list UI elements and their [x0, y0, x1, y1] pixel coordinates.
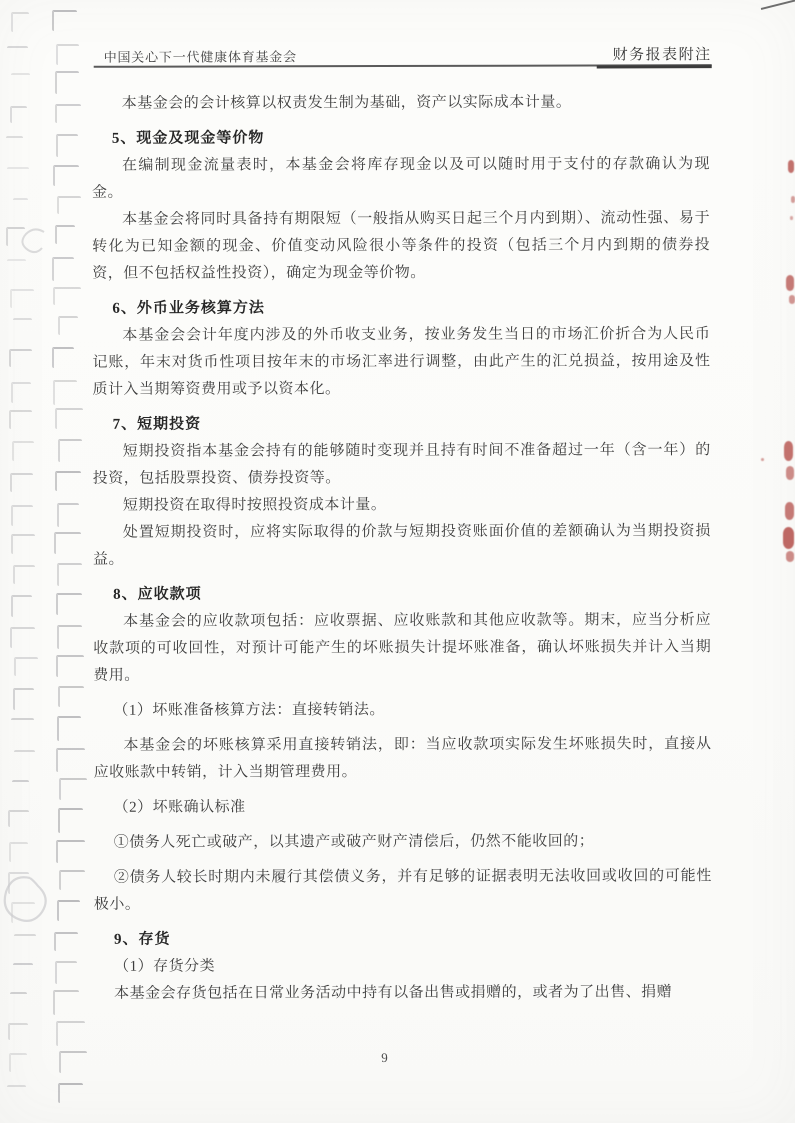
page-number: 9	[381, 1050, 388, 1066]
paragraph: ②债务人较长时期内未履行其偿债义务，并有足够的证据表明无法收回或收回的可能性极小…	[94, 863, 712, 919]
section-heading: 8、应收款项	[93, 580, 711, 609]
paragraph: ①债务人死亡或破产，以其遗产或破产财产清偿后，仍然不能收回的；	[94, 828, 712, 857]
paragraph: 本基金会的坏账核算采用直接转销法，即：当应收款项实际发生坏账损失时，直接从应收账…	[93, 731, 711, 787]
paragraph: 在编制现金流量表时，本基金会将库存现金以及可以随时用于支付的存款确认为现金。	[92, 151, 710, 207]
page: 中国关心下一代健康体育基金会 财务报表附注 本基金会的会计核算以权责发生制为基础…	[0, 0, 795, 1123]
section-heading: 6、外币业务核算方法	[92, 294, 710, 323]
paragraph: 本基金会的会计核算以权责发生制为基础，资产以实际成本计量。	[92, 89, 710, 118]
paragraph: 本基金会会计年度内涉及的外币收支业务，按业务发生当日的市场汇价折合为人民币记账，…	[92, 321, 710, 404]
header-org-name: 中国关心下一代健康体育基金会	[104, 46, 297, 66]
paragraph: 本基金会的应收款项包括：应收票据、应收账款和其他应收款等。期末，应当分析应收款项…	[93, 607, 711, 690]
paragraph: （1）坏账准备核算方法：直接转销法。	[93, 696, 711, 725]
paragraph: 处置短期投资时，应将实际取得的价款与短期投资账面价值的差额确认为当期投资损益。	[93, 518, 711, 574]
section-heading: 5、现金及现金等价物	[92, 124, 710, 153]
paragraph: 本基金会存货包括在日常业务活动中持有以备出售或捐赠的，或者为了出售、捐赠	[94, 979, 712, 1008]
section-heading: 7、短期投资	[93, 410, 711, 439]
page-header: 中国关心下一代健康体育基金会 财务报表附注	[104, 43, 712, 66]
section-heading: 9、存货	[94, 925, 712, 954]
paragraph: 短期投资指本基金会持有的能够随时变现并且持有时间不准备超过一年（含一年）的投资，…	[93, 437, 711, 493]
paragraph: 本基金会将同时具备持有期限短（一般指从购买日起三个月内到期）、流动性强、易于转化…	[92, 205, 710, 288]
header-doc-title: 财务报表附注	[613, 43, 712, 64]
document-body: 本基金会的会计核算以权责发生制为基础，资产以实际成本计量。5、现金及现金等价物在…	[92, 89, 712, 1008]
paragraph: （2）坏账确认标准	[94, 793, 712, 822]
paragraph: （1）存货分类	[94, 952, 712, 981]
paragraph: 短期投资在取得时按照投资成本计量。	[93, 491, 711, 520]
header-rule-right-segment	[597, 65, 712, 68]
